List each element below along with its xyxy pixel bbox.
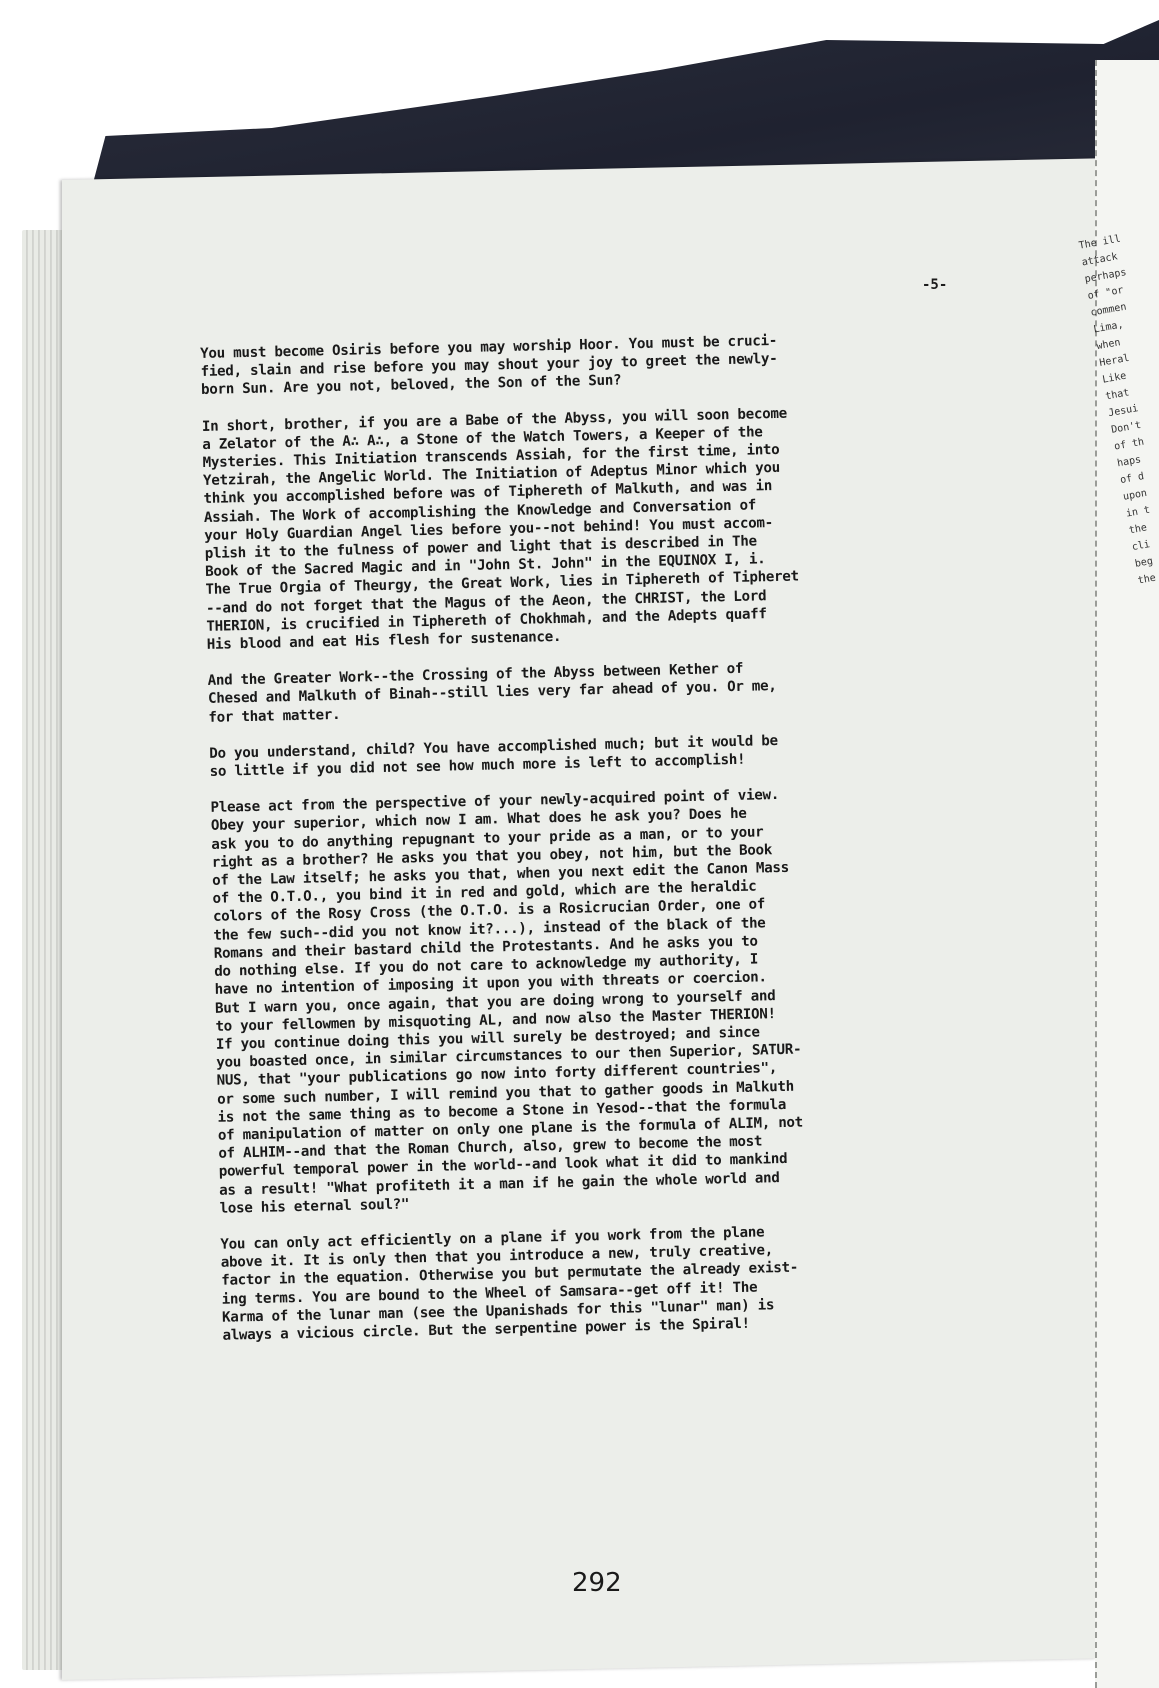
paragraph: In short, brother, if you are a Babe of …	[202, 400, 997, 655]
paragraph: Please act from the perspective of your …	[210, 781, 1009, 1217]
letter-body: You must become Osiris before you may wo…	[200, 327, 1013, 1363]
paragraph: And the Greater Work--the Crossing of th…	[207, 654, 998, 727]
paragraph: Do you understand, child? You have accom…	[209, 727, 1000, 781]
paragraph: You can only act efficiently on a plane …	[220, 1218, 1012, 1345]
book-page-number: 292	[572, 1568, 622, 1598]
typed-page-number: -5-	[922, 277, 947, 293]
